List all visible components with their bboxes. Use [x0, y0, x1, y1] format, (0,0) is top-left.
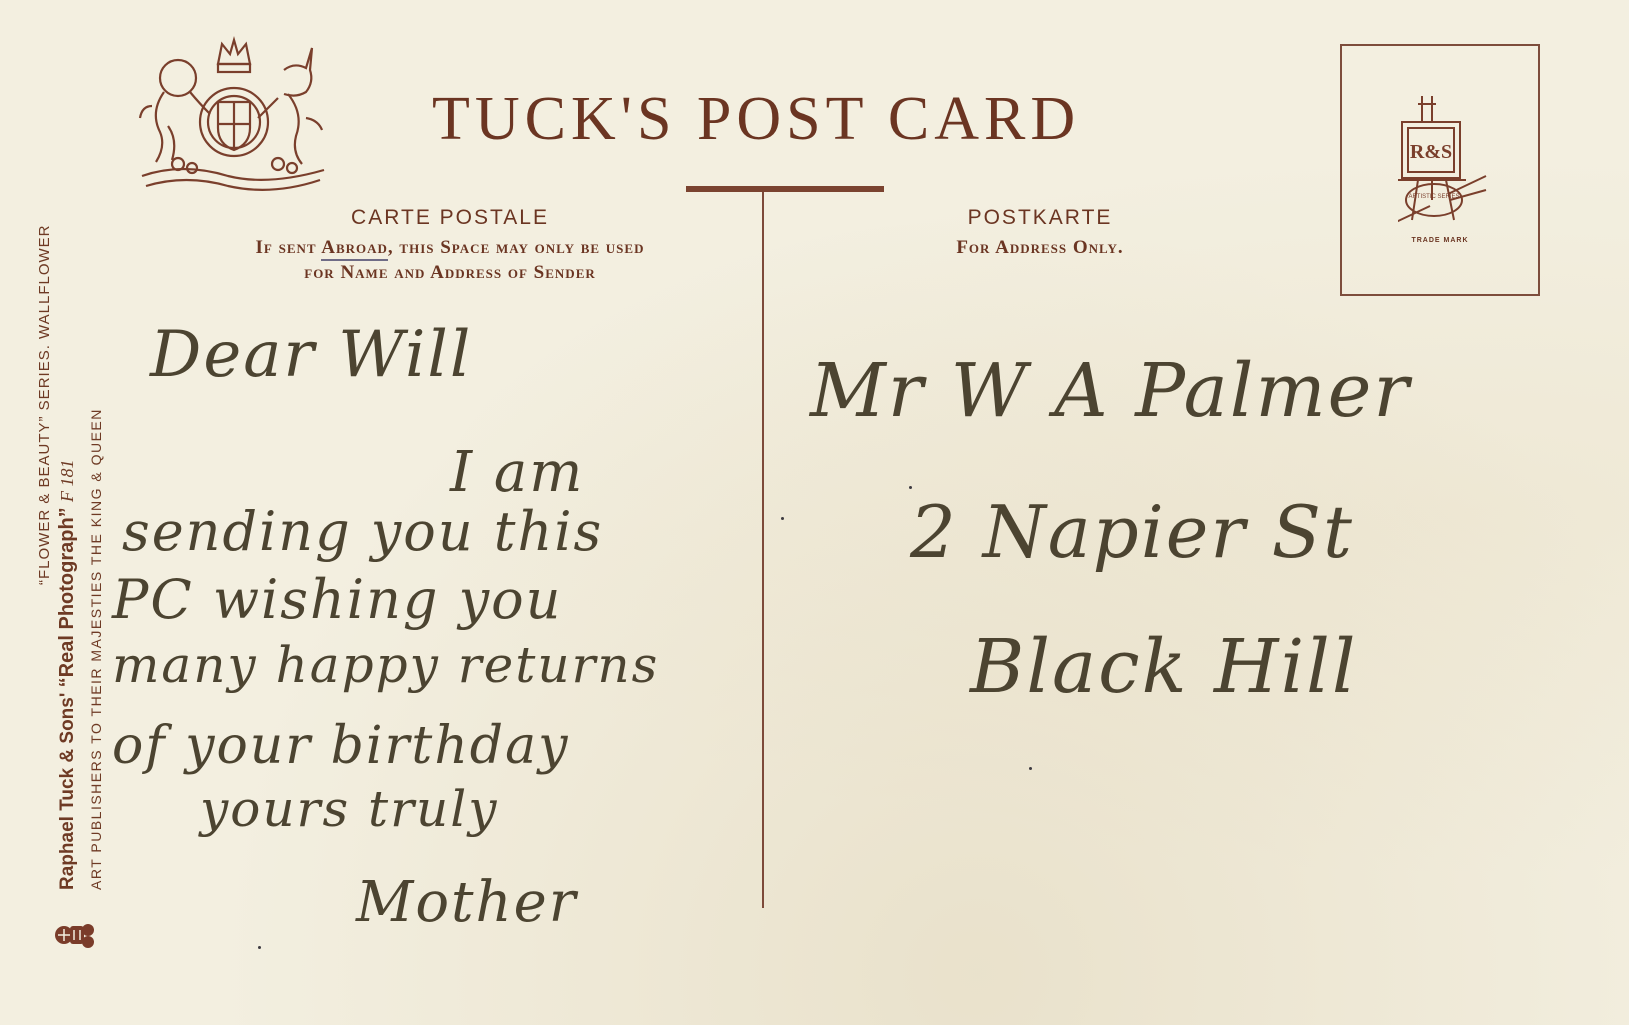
royal-warrant-line: ART PUBLISHERS TO THEIR MAJESTIES THE KI…	[88, 408, 104, 890]
message-line: many happy returns	[112, 636, 659, 694]
address-only-notice: For Address Only.	[880, 237, 1200, 259]
address-line: Black Hill	[970, 624, 1358, 710]
message-line: Dear Will	[150, 318, 472, 392]
message-line: I am	[450, 440, 584, 505]
abroad-word: Abroad	[321, 237, 388, 261]
publisher-name: Raphael Tuck & Sons'	[57, 693, 78, 890]
trademark-label: TRADE MARK	[1342, 237, 1538, 244]
message-line: PC wishing you	[112, 568, 562, 631]
postcard-back: “FLOWER & BEAUTY” SERIES. WALLFLOWER Rap…	[0, 0, 1629, 1025]
abroad-notice-line1: If sent Abroad, this Space may only be u…	[120, 237, 780, 259]
card-title: TUCK'S POST CARD	[432, 84, 1080, 155]
center-divider	[762, 192, 764, 908]
message-line: yours truly	[200, 780, 498, 838]
message-signature: Mother	[356, 870, 578, 935]
product-code: F 181	[57, 460, 77, 503]
product-name: “Real Photograph”	[56, 507, 78, 687]
ink-speck	[258, 946, 261, 949]
series-line: “FLOWER & BEAUTY” SERIES. WALLFLOWER	[36, 225, 53, 586]
easel-palette-trademark-icon: R&S ARTISTIC SERIES	[1398, 94, 1490, 234]
carte-postale-label: CARTE POSTALE	[120, 206, 780, 230]
publisher-line: Raphael Tuck & Sons' “Real Photograph” F…	[56, 460, 79, 890]
right-header: POSTKARTE For Address Only.	[880, 206, 1200, 259]
series-text: ARTISTIC SERIES	[1409, 194, 1460, 200]
left-header: CARTE POSTALE If sent Abroad, this Space…	[120, 206, 780, 284]
address-line: 2 Napier St	[910, 490, 1354, 574]
title-rule	[686, 186, 884, 192]
ink-speck	[781, 517, 784, 520]
message-line: of your birthday	[112, 716, 569, 776]
notice-text: If sent	[256, 237, 322, 258]
postkarte-label: POSTKARTE	[880, 206, 1200, 230]
notice-text: , this Space may only be used	[388, 237, 645, 258]
tuck-publisher-mark-icon	[50, 918, 98, 952]
side-imprint: “FLOWER & BEAUTY” SERIES. WALLFLOWER Rap…	[14, 40, 114, 940]
abroad-notice-line2: for Name and Address of Sender	[120, 262, 780, 284]
ink-speck	[1029, 767, 1032, 770]
monogram-text: R&S	[1410, 141, 1452, 163]
ink-speck	[909, 486, 912, 489]
message-line: sending you this	[122, 500, 603, 563]
royal-coat-of-arms-icon	[138, 36, 328, 194]
address-line: Mr W A Palmer	[810, 348, 1411, 434]
